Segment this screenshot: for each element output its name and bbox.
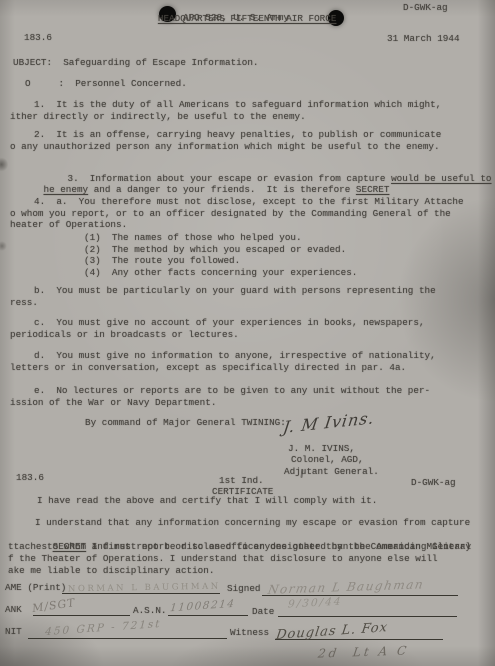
- signature-title: Adjutant General.: [284, 466, 379, 478]
- paragraph-1-line1: 1. It is the duty of all Americans to sa…: [10, 99, 490, 111]
- name-field-label: AME (Print): [5, 582, 66, 594]
- paragraph-c-line1: c. You must give no account of your expe…: [10, 317, 490, 329]
- rank-field-label: ANK: [5, 604, 22, 616]
- paragraph-2-line1: 2. It is an offense, carrying heavy pena…: [10, 129, 490, 141]
- sub-list-item-1: (1) The names of those who helped you.: [84, 232, 484, 244]
- signature-name: J. M. IVINS,: [288, 443, 355, 455]
- signed-handwritten-signature: Norman L Baughman: [267, 577, 426, 597]
- paragraph-3-line2-text: and a danger to your friends. It is ther…: [88, 184, 356, 195]
- date-field-line: [278, 616, 457, 617]
- date-field-label: Date: [252, 606, 274, 618]
- unit-handwritten-value: 450 GRP - 721st: [45, 618, 162, 638]
- certificate-paragraph-line4: f the Theater of Operations. I understan…: [8, 553, 492, 565]
- scan-smudge: [0, 241, 7, 251]
- certificate-statement: I have read the above and certify that I…: [37, 495, 377, 507]
- date-handwritten-value: 9/30/44: [288, 596, 343, 611]
- paragraph-3-line1-text: 3. Information about your escape or evas…: [67, 173, 391, 184]
- paragraph-e: e. No lectures or reports are to be give…: [10, 385, 490, 408]
- document-date: 31 March 1944: [387, 33, 460, 45]
- paragraph-1-line2: ither directly or indirectly, be useful …: [10, 111, 490, 123]
- paragraph-d-line2: letters or in conversation, except as sp…: [10, 362, 490, 374]
- paragraph-e-line1: e. No lectures or reports are to be give…: [10, 385, 490, 397]
- secret-marking: SECRET: [356, 184, 389, 195]
- paragraph-4: 4. a. You therefore must not disclose, e…: [10, 196, 490, 231]
- paragraph-b-line1: b. You must be particularly on your guar…: [10, 285, 490, 297]
- signature-rank: Colonel, AGD,: [291, 454, 364, 466]
- sub-list-item-2: (2) The method by which you escaped or e…: [84, 244, 484, 256]
- certificate-paragraph: I understand that any information concer…: [8, 517, 492, 576]
- scan-smudge: [0, 157, 8, 172]
- letterhead-line2: APO 520, U. S. Army: [96, 12, 376, 24]
- ivins-handwritten-signature: J. M Ivins.: [282, 408, 376, 437]
- sub-list: (1) The names of those who helped you. (…: [84, 232, 484, 278]
- asn-field-line: [168, 615, 248, 616]
- paragraph-3: 3. Information about your escape or evas…: [10, 161, 490, 184]
- paragraph-4-line2: o whom you report, or to an officer desi…: [10, 208, 490, 220]
- indorsement-label: 1st Ind.: [219, 475, 264, 487]
- rank-handwritten-value: M/SGT: [31, 596, 76, 615]
- by-command-line: By command of Major General TWINING:: [85, 417, 286, 429]
- paragraph-b: b. You must be particularly on your guar…: [10, 285, 490, 308]
- unit-field-label: NIT: [5, 626, 22, 638]
- witness-rank-handwritten: 2d Lt A C: [317, 643, 410, 660]
- certificate-paragraph-line3: ttache to whom I first report or to an o…: [8, 541, 492, 553]
- sub-list-item-3: (3) The route you followed.: [84, 255, 484, 267]
- certificate-paragraph-line5: ake me liable to disciplinary action.: [8, 565, 492, 577]
- file-number: 183.6: [24, 32, 52, 44]
- asn-field-label: A.S.N.: [133, 605, 166, 617]
- subject-line: UBJECT: Safeguarding of Escape Informati…: [13, 57, 258, 69]
- paragraph-4-line3: heater of Operations.: [10, 219, 490, 231]
- indorsement-office-symbol: D-GWK-ag: [411, 477, 456, 489]
- paragraph-d: d. You must give no information to anyon…: [10, 350, 490, 373]
- paragraph-d-line1: d. You must give no information to anyon…: [10, 350, 490, 362]
- sub-list-item-4: (4) Any other facts concerning your expe…: [84, 267, 484, 279]
- office-symbol: D-GWK-ag: [403, 2, 448, 14]
- paragraph-1: 1. It is the duty of all Americans to sa…: [10, 99, 490, 122]
- indorsement-file-number: 183.6: [16, 472, 44, 484]
- to-line: O : Personnel Concerned.: [25, 78, 187, 90]
- paragraph-c: c. You must give no account of your expe…: [10, 317, 490, 340]
- paragraph-3-underlined-enemy: he enemy: [43, 184, 88, 195]
- paragraph-b-line2: ress.: [10, 297, 490, 309]
- paragraph-e-line2: ission of the War or Navy Department.: [10, 397, 490, 409]
- scanned-document-page: HEADQUARTERS FIFTEENTH AIR FORCE APO 520…: [0, 0, 495, 666]
- paragraph-3-line1: 3. Information about your escape or evas…: [10, 161, 490, 173]
- paragraph-2-line2: o any unauthorized person any informatio…: [10, 141, 490, 153]
- certificate-paragraph-line2: s SECRET and must not be disclosed to an…: [8, 529, 492, 541]
- asn-handwritten-value: 11008214: [169, 598, 236, 615]
- certificate-paragraph-line1: I understand that any information concer…: [8, 517, 492, 529]
- unit-field-line: [28, 638, 227, 639]
- paragraph-c-line2: periodicals or in broadcasts or lectures…: [10, 329, 490, 341]
- witness-field-label: Witness: [230, 627, 269, 639]
- paragraph-4-line1: 4. a. You therefore must not disclose, e…: [10, 196, 490, 208]
- signed-field-label: Signed: [227, 583, 260, 595]
- paragraph-2: 2. It is an offense, carrying heavy pena…: [10, 129, 490, 152]
- paragraph-3-underlined-phrase: would be useful to: [391, 173, 491, 184]
- rank-field-line: [33, 615, 130, 616]
